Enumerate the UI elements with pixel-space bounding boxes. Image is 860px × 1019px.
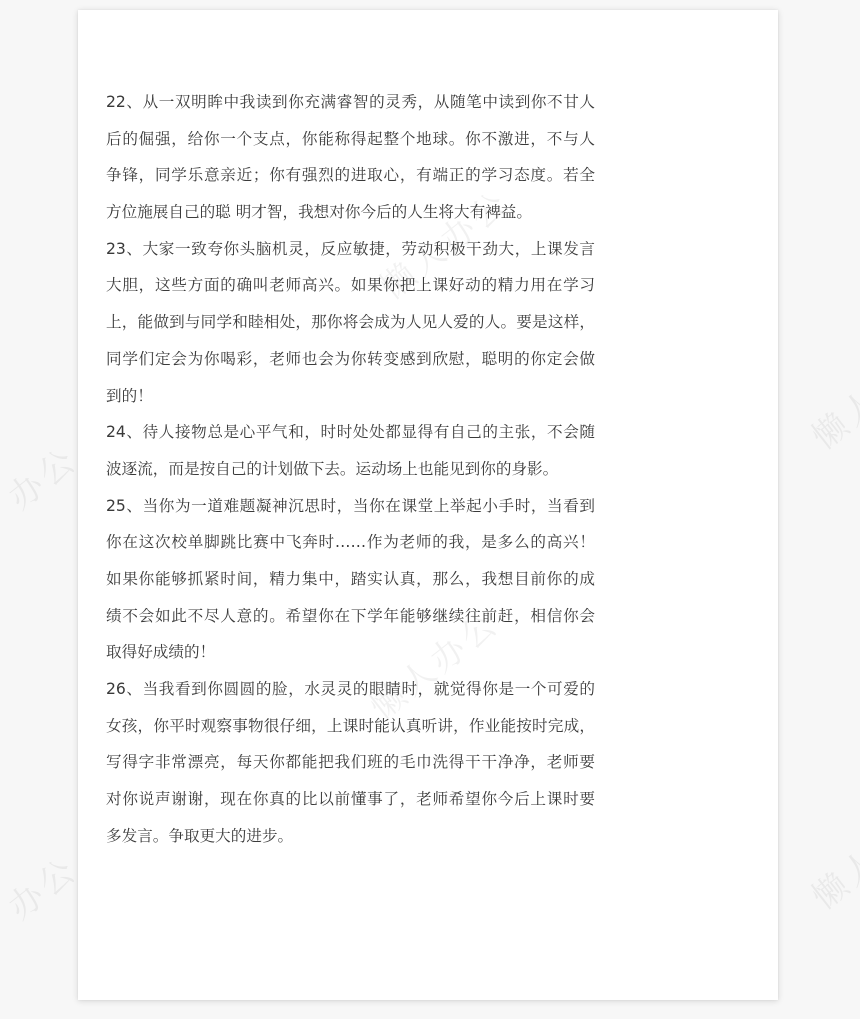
- paragraph-23: 23、大家一致夸你头脑机灵，反应敏捷，劳动积极干劲大，上课发言 大胆，这些方面的…: [106, 236, 595, 419]
- watermark: 懒人: [800, 833, 860, 918]
- text-line: 26、当我看到你圆圆的脸，水灵灵的眼睛时，就觉得你是一个可爱的: [106, 676, 595, 713]
- text-line: 方位施展自己的聪 明才智，我想对你今后的人生将大有裨益。: [106, 199, 595, 236]
- text-line: 上，能做到与同学和睦相处，那你将会成为人见人爱的人。要是这样，: [106, 309, 595, 346]
- text-line: 25、当你为一道难题凝神沉思时，当你在课堂上举起小手时，当看到: [106, 493, 595, 530]
- text-line: 大胆，这些方面的确叫老师高兴。如果你把上课好动的精力用在学习: [106, 272, 595, 309]
- text-line: 同学们定会为你喝彩，老师也会为你转变感到欣慰，聪明的你定会做: [106, 346, 595, 383]
- text-line: 绩不会如此不尽人意的。希望你在下学年能够继续往前赶，相信你会: [106, 603, 595, 640]
- text-line: 多发言。争取更大的进步。: [106, 823, 595, 860]
- text-line: 争锋，同学乐意亲近；你有强烈的进取心，有端正的学习态度。若全: [106, 162, 595, 199]
- text-line: 如果你能够抓紧时间，精力集中，踏实认真，那么，我想目前你的成: [106, 566, 595, 603]
- text-line: 波逐流，而是按自己的计划做下去。运动场上也能见到你的身影。: [106, 456, 595, 493]
- paragraph-24: 24、待人接物总是心平气和，时时处处都显得有自己的主张，不会随 波逐流，而是按自…: [106, 419, 595, 492]
- text-line: 对你说声谢谢，现在你真的比以前懂事了，老师希望你今后上课时要: [106, 786, 595, 823]
- watermark: 办公: [0, 433, 86, 518]
- text-line: 写得字非常漂亮，每天你都能把我们班的毛巾洗得干干净净，老师要: [106, 749, 595, 786]
- text-line: 后的倔强，给你一个支点，你能称得起整个地球。你不激进，不与人: [106, 126, 595, 163]
- watermark: 办公: [0, 843, 86, 928]
- paragraph-25: 25、当你为一道难题凝神沉思时，当你在课堂上举起小手时，当看到 你在这次校单脚跳…: [106, 493, 595, 676]
- paragraph-22: 22、从一双明眸中我读到你充满睿智的灵秀，从随笔中读到你不甘人 后的倔强，给你一…: [106, 89, 595, 236]
- text-line: 取得好成绩的！: [106, 639, 595, 676]
- text-line: 23、大家一致夸你头脑机灵，反应敏捷，劳动积极干劲大，上课发言: [106, 236, 595, 273]
- text-line: 22、从一双明眸中我读到你充满睿智的灵秀，从随笔中读到你不甘人: [106, 89, 595, 126]
- watermark: 懒人: [800, 373, 860, 458]
- text-line: 你在这次校单脚跳比赛中飞奔时……作为老师的我，是多么的高兴！: [106, 529, 595, 566]
- document-body: 22、从一双明眸中我读到你充满睿智的灵秀，从随笔中读到你不甘人 后的倔强，给你一…: [106, 89, 595, 859]
- paragraph-26: 26、当我看到你圆圆的脸，水灵灵的眼睛时，就觉得你是一个可爱的 女孩，你平时观察…: [106, 676, 595, 859]
- text-line: 女孩，你平时观察事物很仔细，上课时能认真听讲，作业能按时完成，: [106, 713, 595, 750]
- text-line: 到的！: [106, 383, 595, 420]
- text-line: 24、待人接物总是心平气和，时时处处都显得有自己的主张，不会随: [106, 419, 595, 456]
